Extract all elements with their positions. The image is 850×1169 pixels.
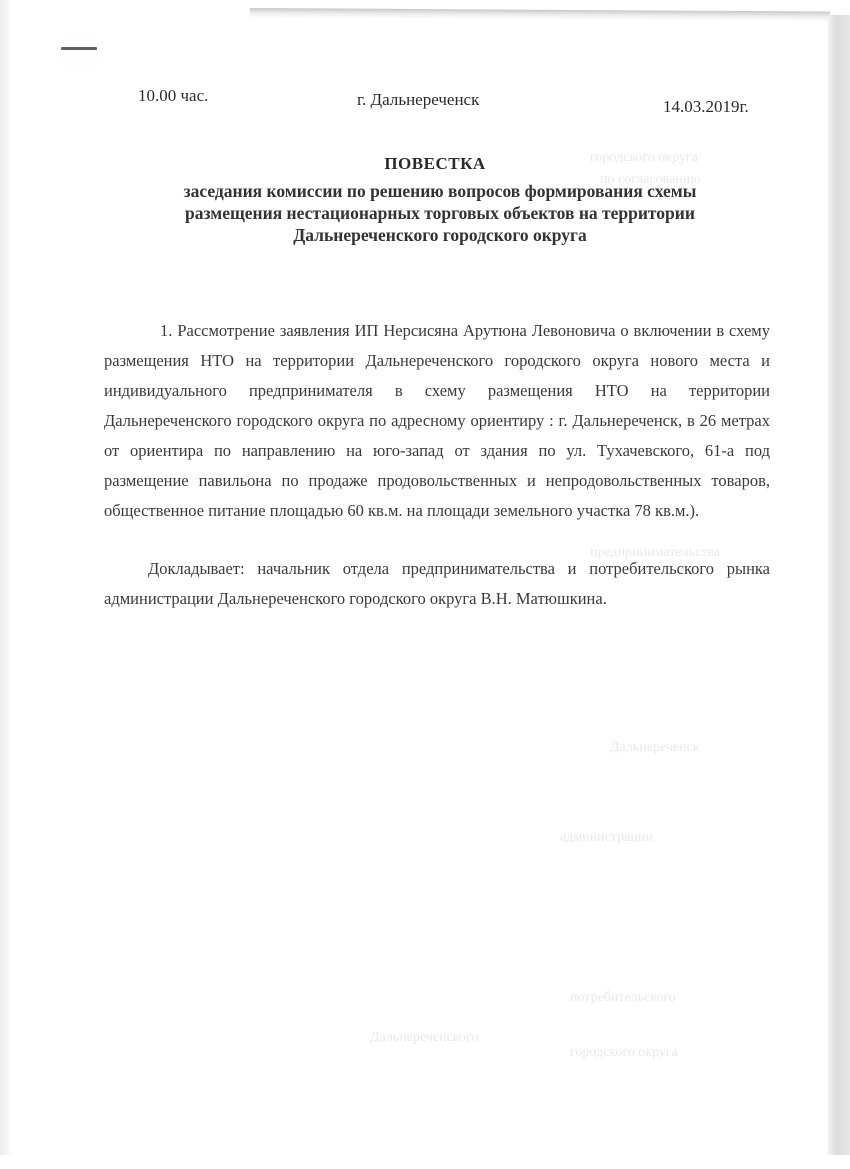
- header-row: 10.00 час. г. Дальнереченск 14.03.2019г.: [0, 86, 850, 116]
- document-subtitle: заседания комиссии по решению вопросов ф…: [140, 180, 740, 246]
- agenda-item-number: 1.: [160, 321, 172, 340]
- agenda-item: 1. Рассмотрение заявления ИП Нерсисяна А…: [104, 316, 770, 526]
- document-title: ПОВЕСТКА: [0, 154, 850, 174]
- meeting-date: 14.03.2019г.: [663, 97, 749, 117]
- meeting-time: 10.00 час.: [138, 86, 208, 106]
- document-page: 10.00 час. г. Дальнереченск 14.03.2019г.…: [0, 0, 850, 1169]
- agenda-item-speaker: Докладывает: начальник отдела предприним…: [104, 554, 770, 614]
- agenda-item-text: Рассмотрение заявления ИП Нерсисяна Арут…: [104, 321, 770, 520]
- speaker-text: Докладывает: начальник отдела предприним…: [104, 559, 770, 608]
- meeting-city: г. Дальнереченск: [357, 90, 479, 110]
